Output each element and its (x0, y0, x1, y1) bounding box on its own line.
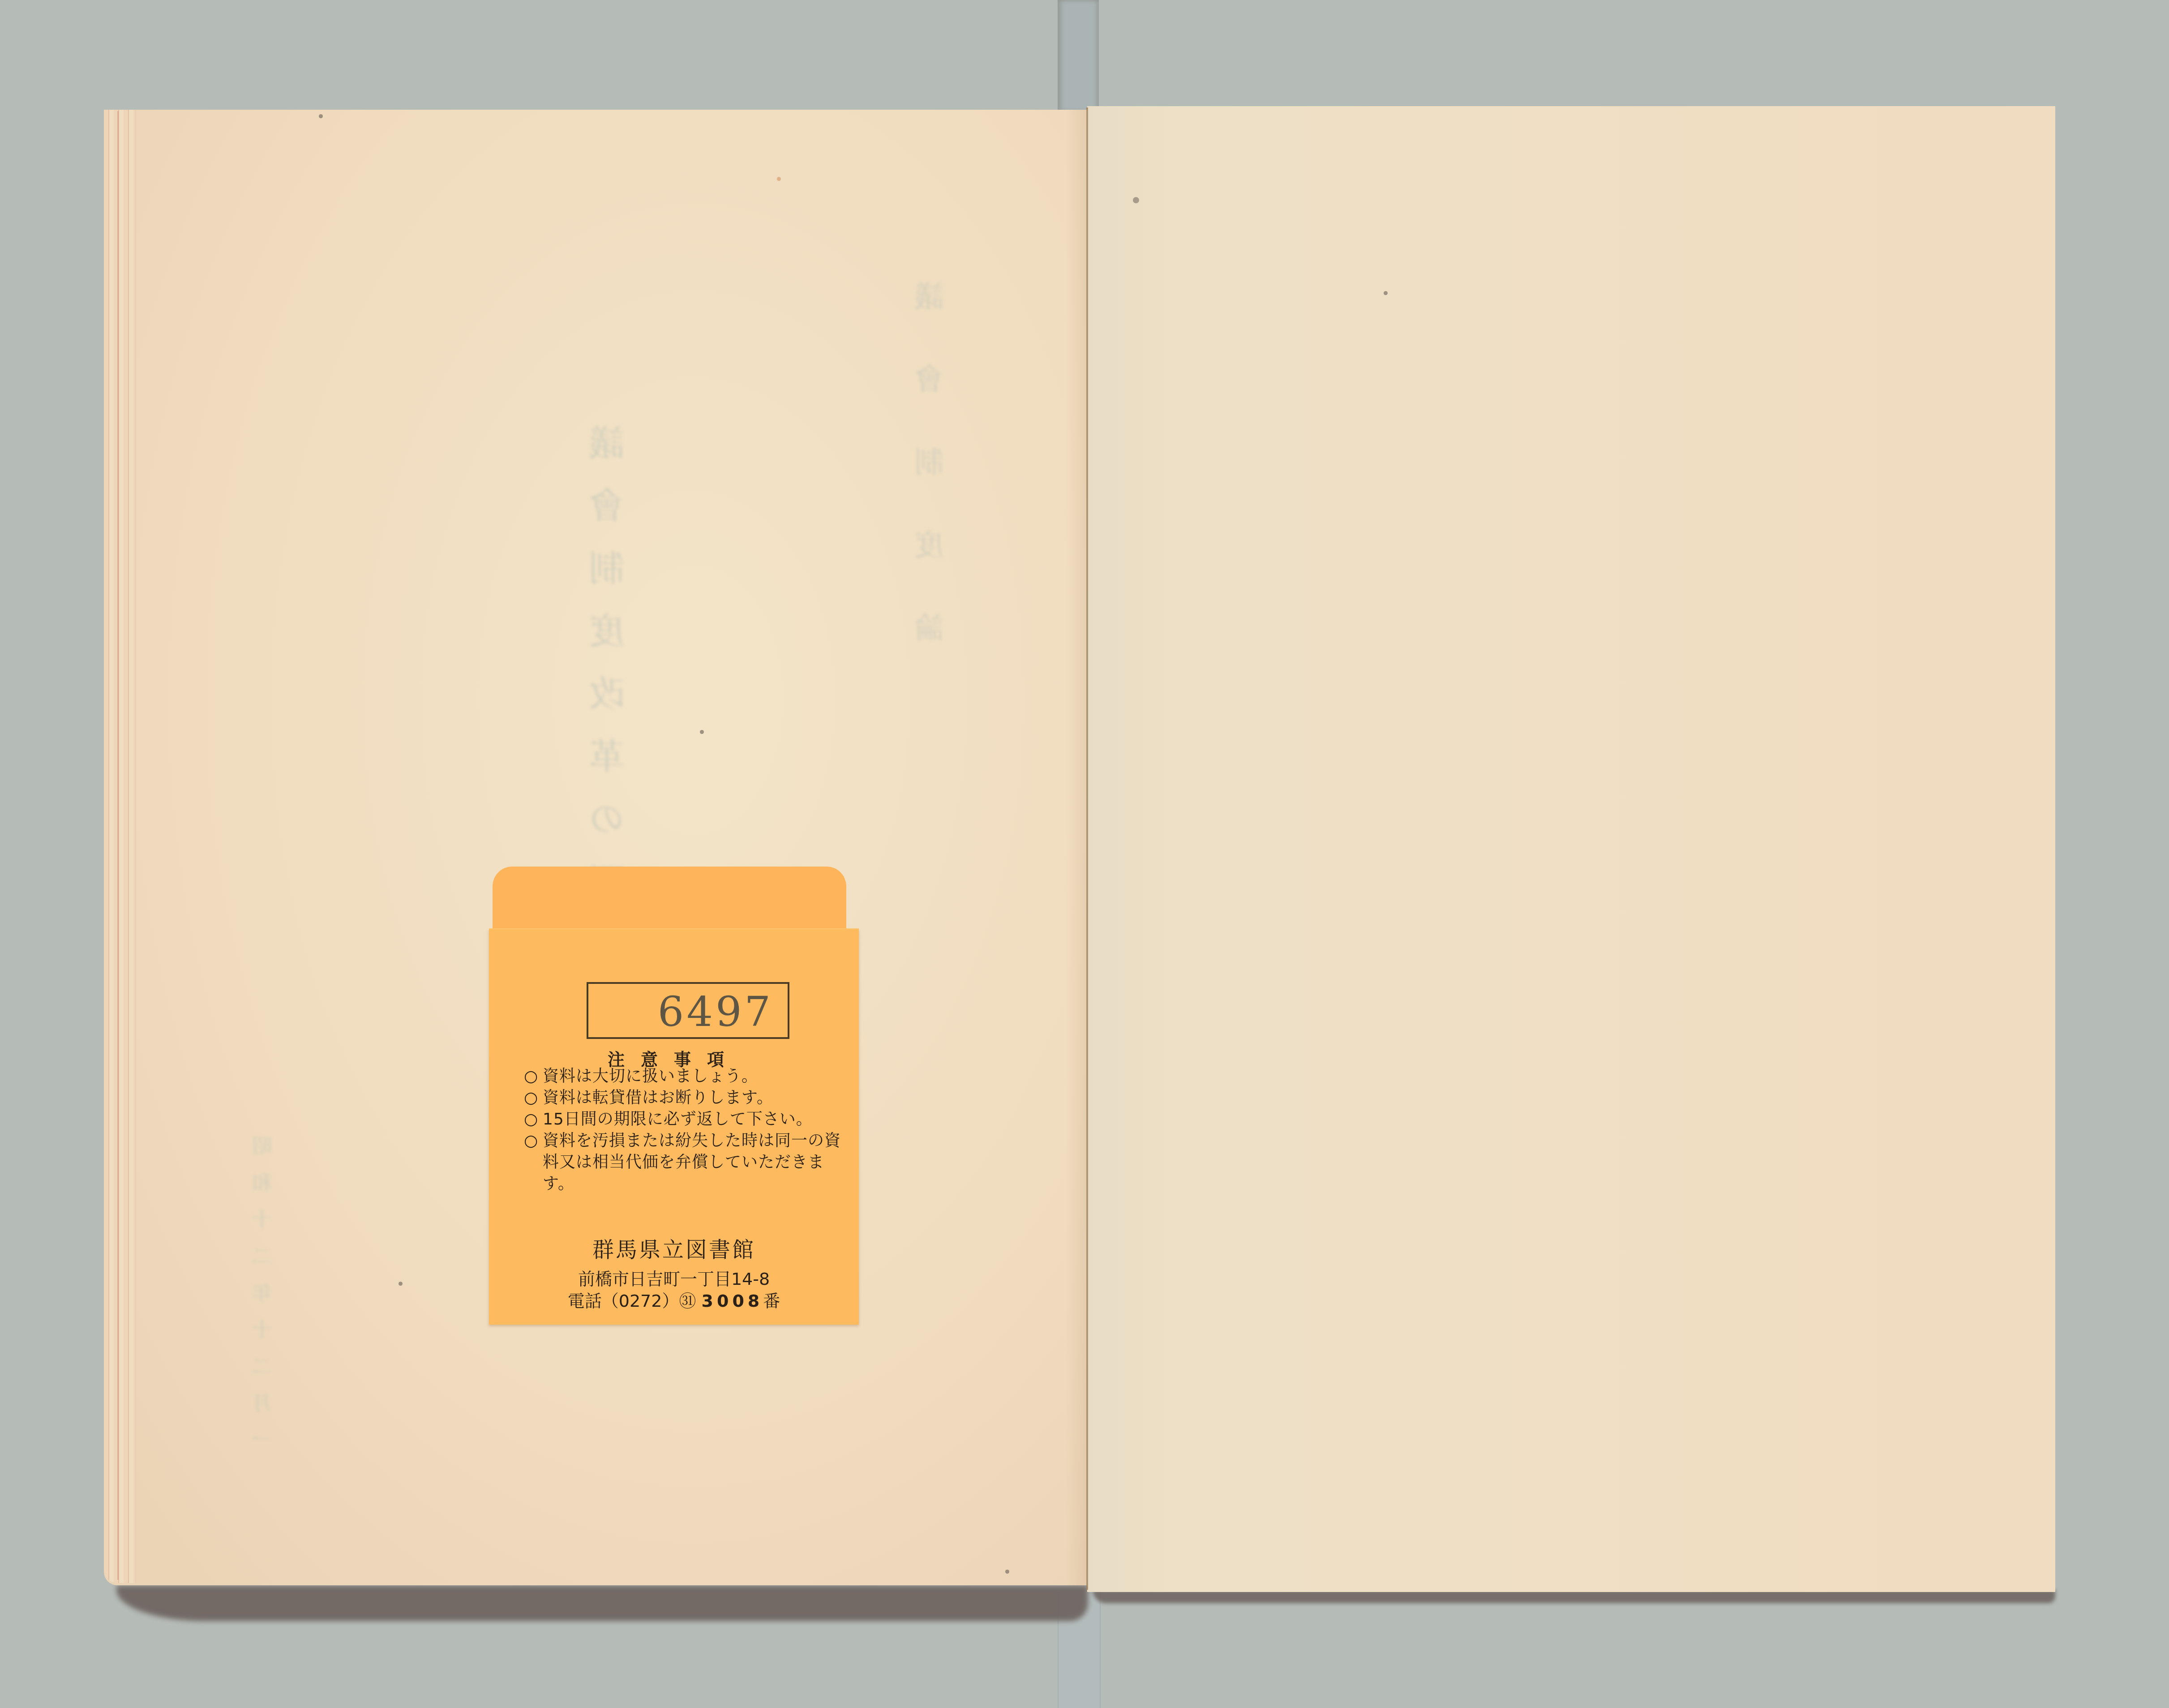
paper-speck (399, 1282, 403, 1286)
show-through-text-series: 議 會 制 度 論 (909, 255, 949, 669)
circle-bullet-icon: ○ (524, 1087, 543, 1109)
library-phone: 電話（0272）㉛ 3008番 (489, 1287, 859, 1312)
paper-speck (700, 730, 704, 734)
gutter-shade (1066, 110, 1086, 1585)
paper-speck (319, 114, 323, 118)
library-name: 群馬県立図書館 (489, 1232, 859, 1263)
notice-rule: ○ 15日間の期限に必ず返して下さい。 (524, 1109, 846, 1130)
circle-bullet-icon: ○ (524, 1066, 543, 1087)
accession-number-box: 6497 (587, 982, 789, 1039)
circle-bullet-icon: ○ (524, 1109, 543, 1130)
book-shadow-left (116, 1585, 1088, 1621)
paper-speck (1384, 291, 1388, 295)
notice-rule: ○ 資料は転貸借はお断りします。 (524, 1087, 846, 1109)
page-edge-stack (104, 110, 136, 1583)
page-edge-stain (117, 111, 119, 1580)
notice-rule: ○ 資料を汚損または紛失した時は同一の資料又は相当代価を弁償していただきます。 (524, 1130, 846, 1195)
paper-speck (1133, 197, 1139, 203)
paper-speck (1005, 1570, 1009, 1574)
book-gutter (1086, 107, 1088, 1590)
notice-rules-list: ○ 資料は大切に扱いましょう。 ○ 資料は転貸借はお断りします。 ○ 15日間の… (524, 1066, 846, 1195)
show-through-text-date: 昭 和 十 二 年 十 二 月 一 (249, 1129, 275, 1459)
accession-number: 6497 (658, 987, 773, 1037)
book-spine-top (1058, 0, 1099, 112)
notice-rule: ○ 資料は大切に扱いましょう。 (524, 1066, 846, 1087)
circle-bullet-icon: ○ (524, 1130, 543, 1195)
paper-speck (777, 177, 781, 181)
right-page (1087, 106, 2055, 1592)
show-through-text-title: 議 會 制 度 改 革 の 要 (582, 412, 631, 914)
library-address: 前橋市日吉町一丁目14-8 (489, 1265, 859, 1290)
